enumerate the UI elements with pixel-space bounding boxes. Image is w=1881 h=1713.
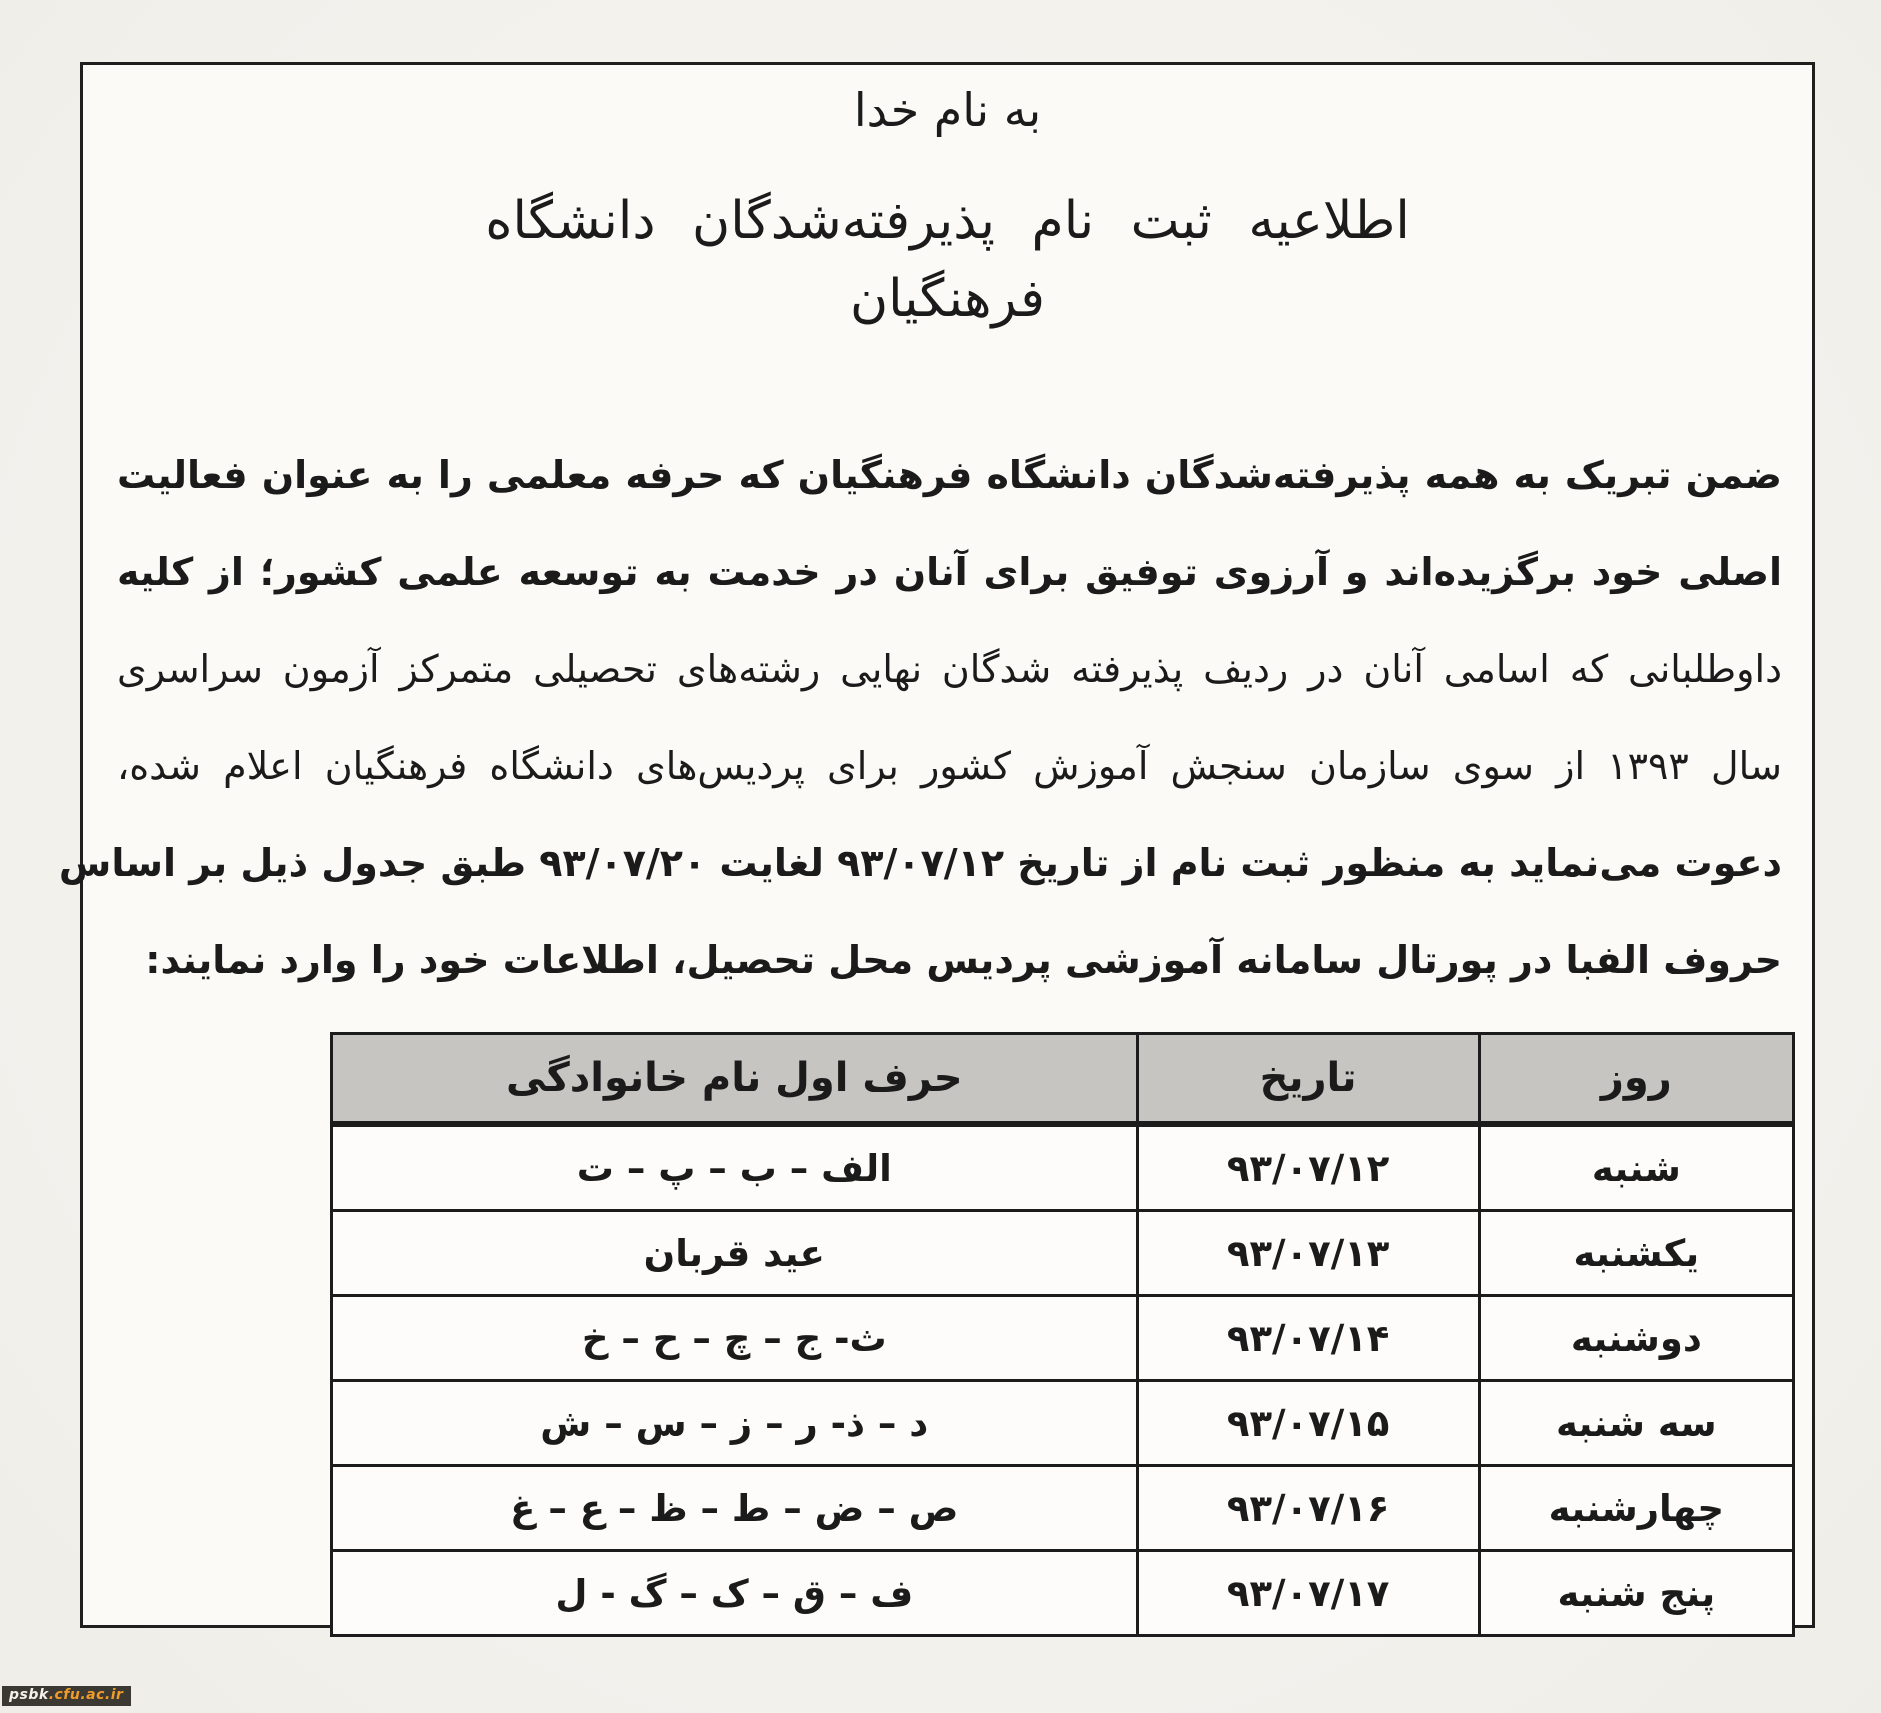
cell-day: شنبه	[1479, 1124, 1793, 1211]
scanned-announcement-page: به نام خدا اطلاعیه ثبت نام پذیرفته‌شدگان…	[0, 0, 1881, 1713]
cell-date: ۹۳/۰۷/۱۶	[1137, 1466, 1479, 1551]
body-paragraph: ضمن تبریک به همه پذیرفته‌شدگان دانشگاه ف…	[117, 427, 1782, 1009]
table-row: سه شنبه ۹۳/۰۷/۱۵ د – ذ- ر – ز – س – ش	[332, 1381, 1794, 1466]
notice-title-line2: فرهنگیان	[83, 269, 1812, 329]
cell-day: یکشنبه	[1479, 1211, 1793, 1296]
registration-schedule-table: روز تاریخ حرف اول نام خانوادگی شنبه ۹۳/۰…	[330, 1032, 1795, 1637]
paragraph-line: سال ۱۳۹۳ از سوی سازمان سنجش آموزش کشور ب…	[117, 718, 1782, 815]
header-cell-date: تاریخ	[1137, 1034, 1479, 1125]
table-row: چهارشنبه ۹۳/۰۷/۱۶ ص – ض – ط – ظ – ع – غ	[332, 1466, 1794, 1551]
paragraph-line: اصلی خود برگزیده‌اند و آرزوی توفیق برای …	[117, 524, 1782, 621]
table-row: دوشنبه ۹۳/۰۷/۱۴ ث- ج – چ – ح – خ	[332, 1296, 1794, 1381]
table-row: شنبه ۹۳/۰۷/۱۲ الف – ب – پ – ت	[332, 1124, 1794, 1211]
table-row: یکشنبه ۹۳/۰۷/۱۳ عید قربان	[332, 1211, 1794, 1296]
cell-day: سه شنبه	[1479, 1381, 1793, 1466]
cell-letters: د – ذ- ر – ز – س – ش	[332, 1381, 1138, 1466]
paragraph-line: داوطلبانی که اسامی آنان در ردیف پذیرفته …	[117, 621, 1782, 718]
cell-letters: ف – ق – ک – گ - ل	[332, 1551, 1138, 1636]
cell-date: ۹۳/۰۷/۱۷	[1137, 1551, 1479, 1636]
cell-letters: الف – ب – پ – ت	[332, 1124, 1138, 1211]
cell-letters: ص – ض – ط – ظ – ع – غ	[332, 1466, 1138, 1551]
paragraph-line: دعوت می‌نماید به منظور ثبت نام از تاریخ …	[117, 815, 1782, 912]
paragraph-line: حروف الفبا در پورتال سامانه آموزشی پردیس…	[117, 912, 1782, 1009]
cell-letters: عید قربان	[332, 1211, 1138, 1296]
watermark-site-suffix: .cfu.ac.ir	[49, 1687, 124, 1703]
cell-date: ۹۳/۰۷/۱۳	[1137, 1211, 1479, 1296]
notice-title-line1: اطلاعیه ثبت نام پذیرفته‌شدگان دانشگاه	[83, 191, 1812, 251]
watermark-badge: psbk.cfu.ac.ir	[2, 1686, 131, 1706]
cell-date: ۹۳/۰۷/۱۵	[1137, 1381, 1479, 1466]
header-cell-day: روز	[1479, 1034, 1793, 1125]
table-row: پنج شنبه ۹۳/۰۷/۱۷ ف – ق – ک – گ - ل	[332, 1551, 1794, 1636]
cell-day: دوشنبه	[1479, 1296, 1793, 1381]
cell-letters: ث- ج – چ – ح – خ	[332, 1296, 1138, 1381]
document-frame: به نام خدا اطلاعیه ثبت نام پذیرفته‌شدگان…	[80, 62, 1815, 1628]
cell-date: ۹۳/۰۷/۱۴	[1137, 1296, 1479, 1381]
bismillah-title: به نام خدا	[83, 83, 1812, 137]
cell-date: ۹۳/۰۷/۱۲	[1137, 1124, 1479, 1211]
table-header-row: روز تاریخ حرف اول نام خانوادگی	[332, 1034, 1794, 1125]
paragraph-line: ضمن تبریک به همه پذیرفته‌شدگان دانشگاه ف…	[117, 427, 1782, 524]
watermark-site-prefix: psbk	[9, 1687, 49, 1703]
cell-day: چهارشنبه	[1479, 1466, 1793, 1551]
header-cell-letters: حرف اول نام خانوادگی	[332, 1034, 1138, 1125]
cell-day: پنج شنبه	[1479, 1551, 1793, 1636]
